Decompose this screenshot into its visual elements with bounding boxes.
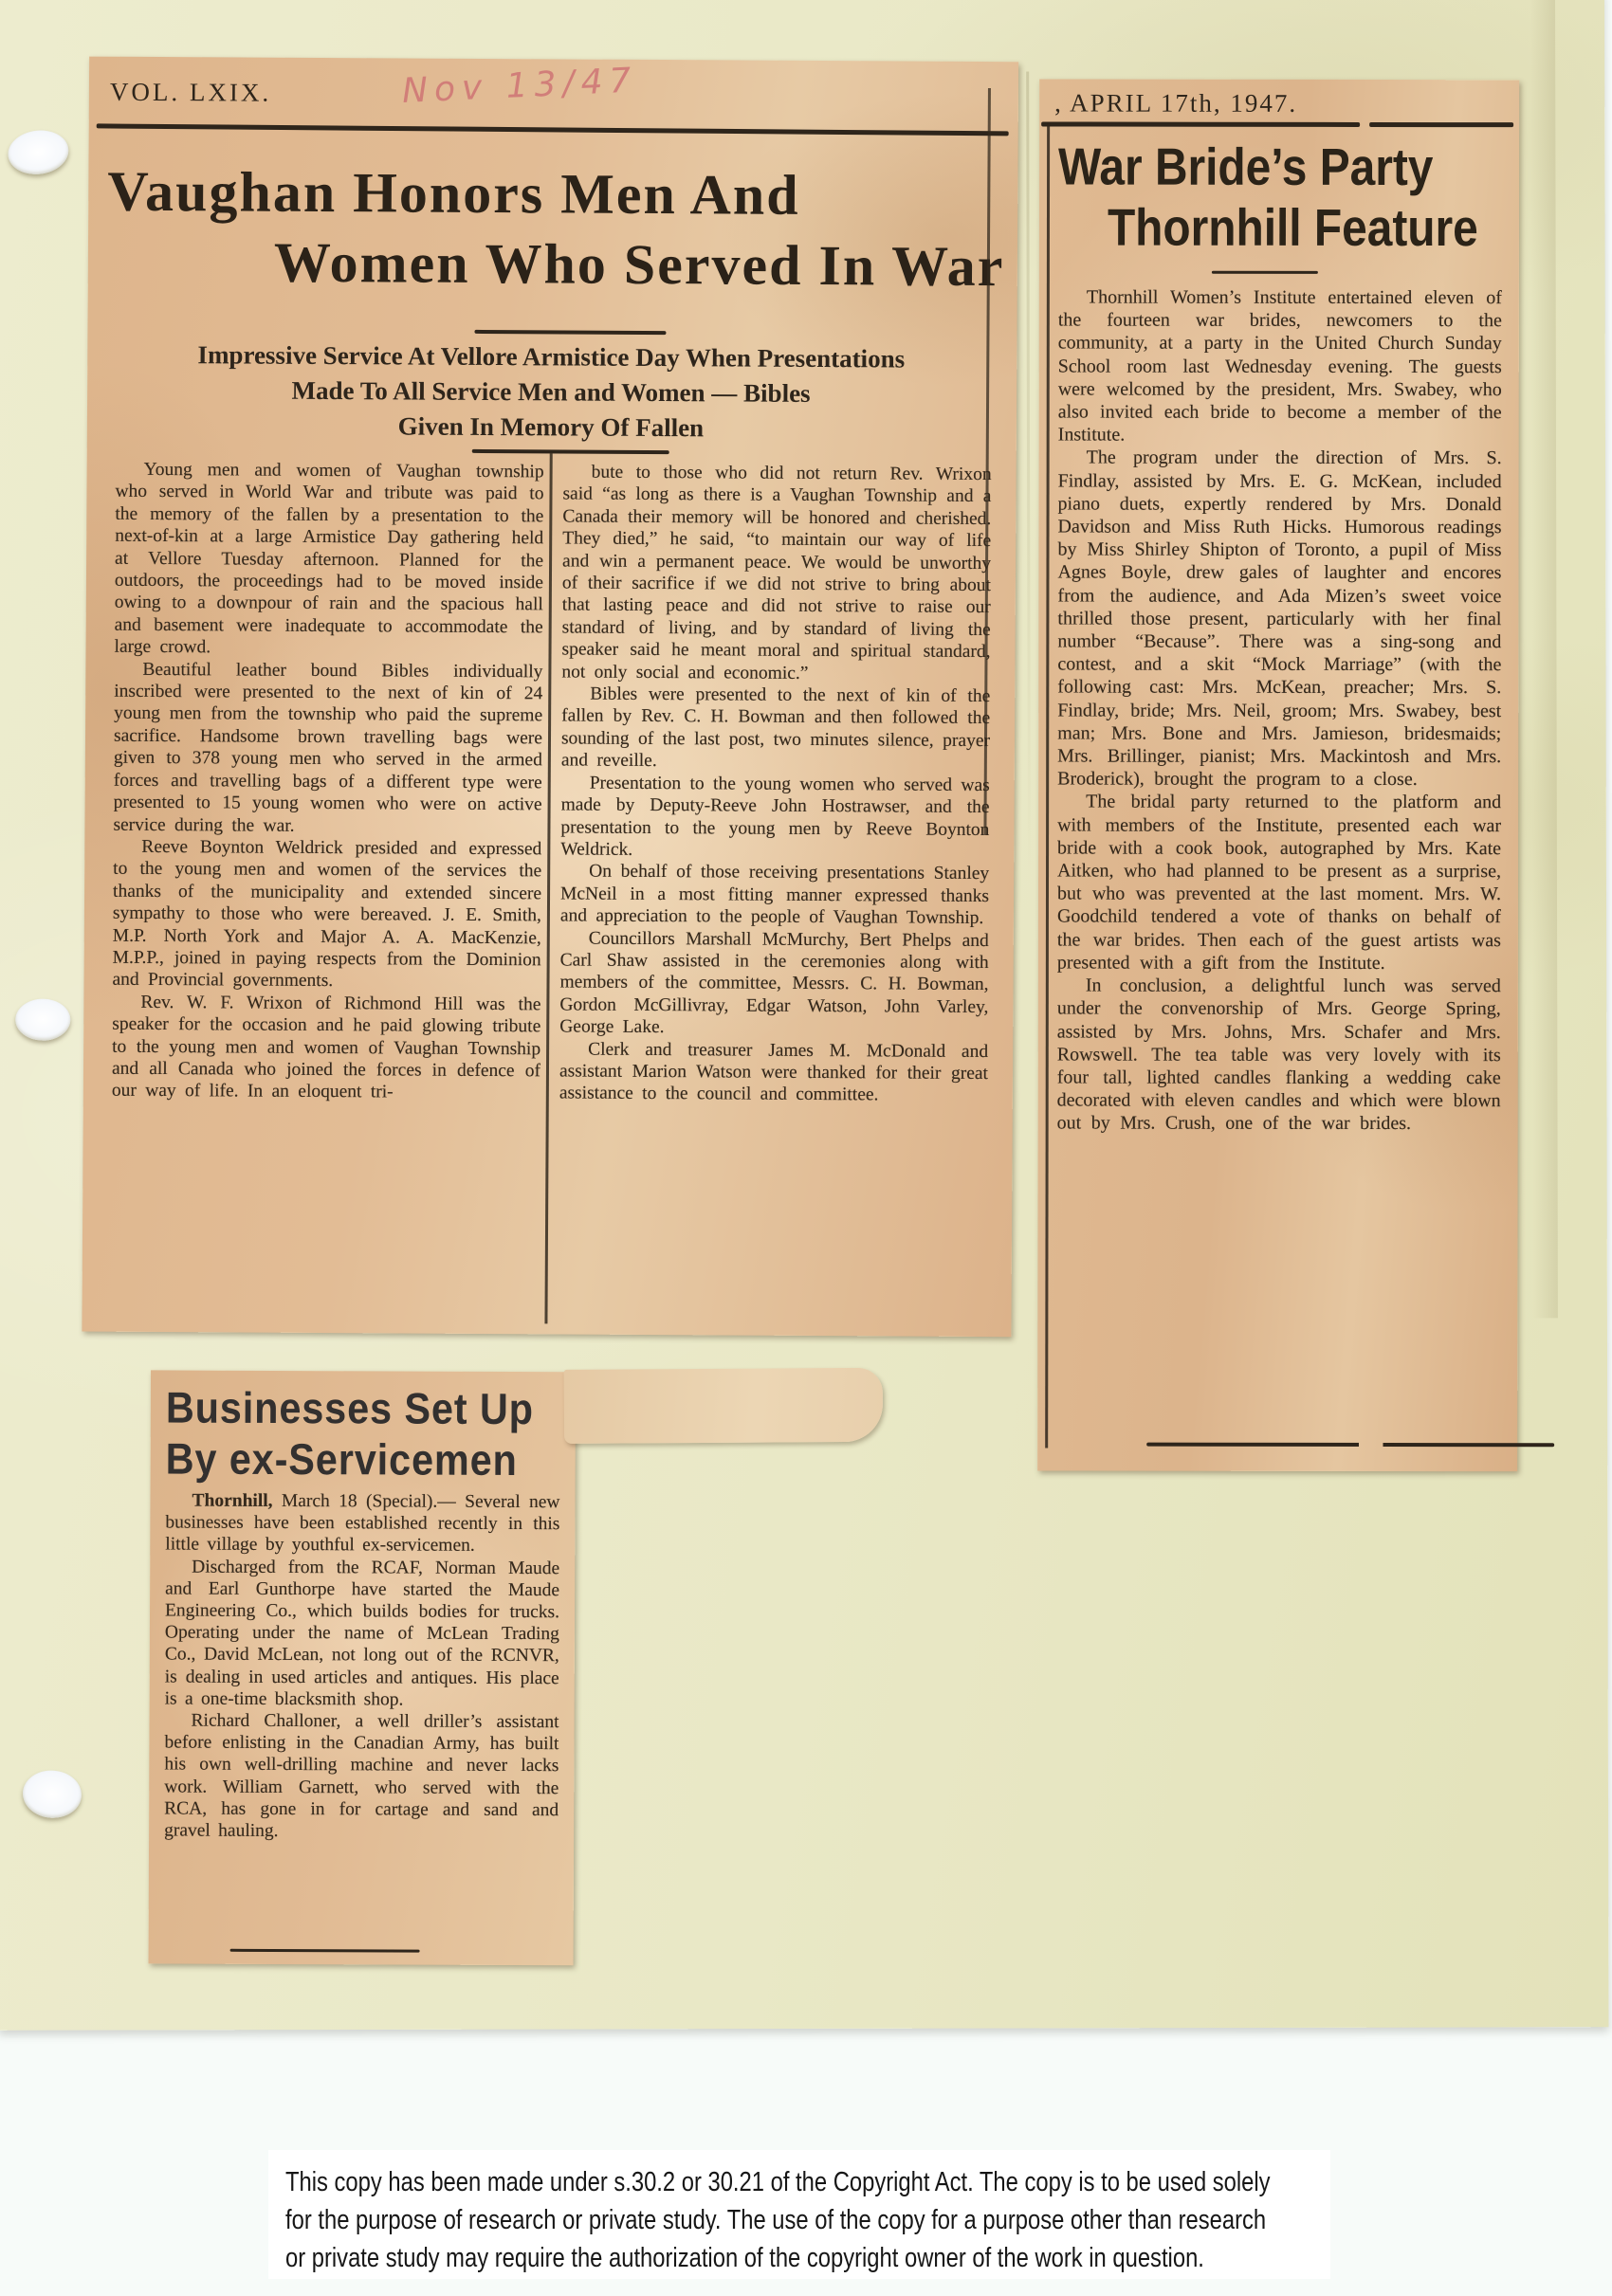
masthead-rule: [97, 123, 1009, 136]
paragraph: Young men and women of Vaughan township …: [114, 459, 543, 661]
header-rule-right: [1369, 122, 1513, 127]
punch-hole-bottom: [21, 1769, 82, 1820]
warbrides-headline-line1: War Bride’s Party: [1058, 136, 1433, 197]
vaughan-body: Young men and women of Vaughan township …: [82, 459, 1016, 1329]
war-brides-clipping: , APRIL 17th, 1947. War Bride’s Party Th…: [1037, 79, 1519, 1471]
subhead-rule-top: [474, 330, 666, 335]
paragraph: The bridal party returned to the platfor…: [1057, 791, 1501, 975]
businesses-clipping: Businesses Set Up By ex-Servicemen Thorn…: [149, 1370, 577, 1965]
paragraph: Clerk and treasurer James M. McDonald an…: [559, 1038, 988, 1107]
warbrides-headline-line2: Thornhill Feature: [1108, 197, 1478, 259]
torn-paper-fragment: [564, 1368, 883, 1444]
paragraph: Presentation to the young women who serv…: [560, 772, 990, 863]
end-of-article-rule: [1146, 1443, 1554, 1448]
copyright-notice: This copy has been made under s.30.2 or …: [268, 2150, 1330, 2279]
paragraph: In conclusion, a delightful lunch was se…: [1057, 975, 1501, 1136]
dateline-paragraph: Thornhill, March 18 (Special).— Several …: [165, 1489, 559, 1557]
vaughan-column-1: Young men and women of Vaughan township …: [110, 459, 543, 1321]
column-divider-rule: [544, 453, 552, 1323]
subhead-line2: Made To All Service Men and Women — Bibl…: [110, 373, 992, 412]
warbrides-body: Thornhill Women’s Institute entertained …: [1056, 285, 1502, 1435]
end-of-article-rule: [230, 1949, 420, 1953]
subhead-line1: Impressive Service At Vellore Armistice …: [110, 337, 992, 377]
header-rule-left: [1041, 121, 1360, 126]
scanned-scrapbook-page: VOL. LXIX. Nov 13/47 Vaughan Honors Men …: [0, 0, 1612, 2296]
newspaper-date-line: , APRIL 17th, 1947.: [1054, 88, 1297, 118]
paragraph: Bibles were presented to the next of kin…: [561, 683, 991, 774]
handwritten-date: Nov 13/47: [401, 61, 638, 111]
paragraph: Richard Challoner, a well driller’s assi…: [164, 1710, 559, 1844]
headline-underline-rule: [1212, 271, 1318, 274]
businesses-headline-line2: By ex-Servicemen: [166, 1432, 518, 1485]
paragraph: Thornhill Women’s Institute entertained …: [1058, 285, 1502, 446]
dateline-place: Thornhill,: [192, 1491, 272, 1511]
paragraph: Rev. W. F. Wrixon of Richmond Hill was t…: [112, 991, 541, 1104]
scrapbook-page: VOL. LXIX. Nov 13/47 Vaughan Honors Men …: [0, 0, 1608, 2031]
paragraph: The program under the direction of Mrs. …: [1057, 446, 1502, 792]
vaughan-column-2: bute to those who did not return Rev. Wr…: [558, 461, 991, 1322]
businesses-body: Thornhill, March 18 (Special).— Several …: [164, 1489, 560, 1941]
paragraph: On behalf of those receiving presentatio…: [560, 861, 989, 930]
vaughan-article-clipping: VOL. LXIX. Nov 13/47 Vaughan Honors Men …: [82, 57, 1018, 1338]
copyright-line2: for the purpose of research or private s…: [285, 2201, 1143, 2239]
punch-hole-middle: [15, 999, 70, 1041]
punch-hole-top: [6, 127, 71, 178]
vaughan-subhead: Impressive Service At Vellore Armistice …: [110, 337, 993, 447]
left-column-rule: [1045, 122, 1050, 1448]
volume-label: VOL. LXIX.: [110, 78, 271, 108]
businesses-headline-line1: Businesses Set Up: [166, 1381, 534, 1434]
vaughan-headline-line1: Vaughan Honors Men And: [107, 159, 800, 228]
subhead-line3: Given In Memory Of Fallen: [110, 408, 992, 447]
page-edge-shading: [1530, 0, 1558, 1318]
paragraph: Beautiful leather bound Bibles individua…: [113, 658, 542, 838]
page-crease: [1026, 71, 1031, 886]
paragraph: Reeve Boynton Weldrick presided and expr…: [112, 836, 541, 993]
copyright-line3: or private study may require the authori…: [285, 2239, 1143, 2277]
paragraph: bute to those who did not return Rev. Wr…: [561, 461, 991, 685]
paragraph: Councillors Marshall McMurchy, Bert Phel…: [559, 927, 989, 1041]
paragraph: Discharged from the RCAF, Norman Maude a…: [165, 1556, 560, 1711]
subhead-rule-bottom: [472, 449, 669, 454]
copyright-line1: This copy has been made under s.30.2 or …: [285, 2163, 1143, 2201]
vaughan-headline-line2: Women Who Served In War: [274, 230, 1005, 300]
